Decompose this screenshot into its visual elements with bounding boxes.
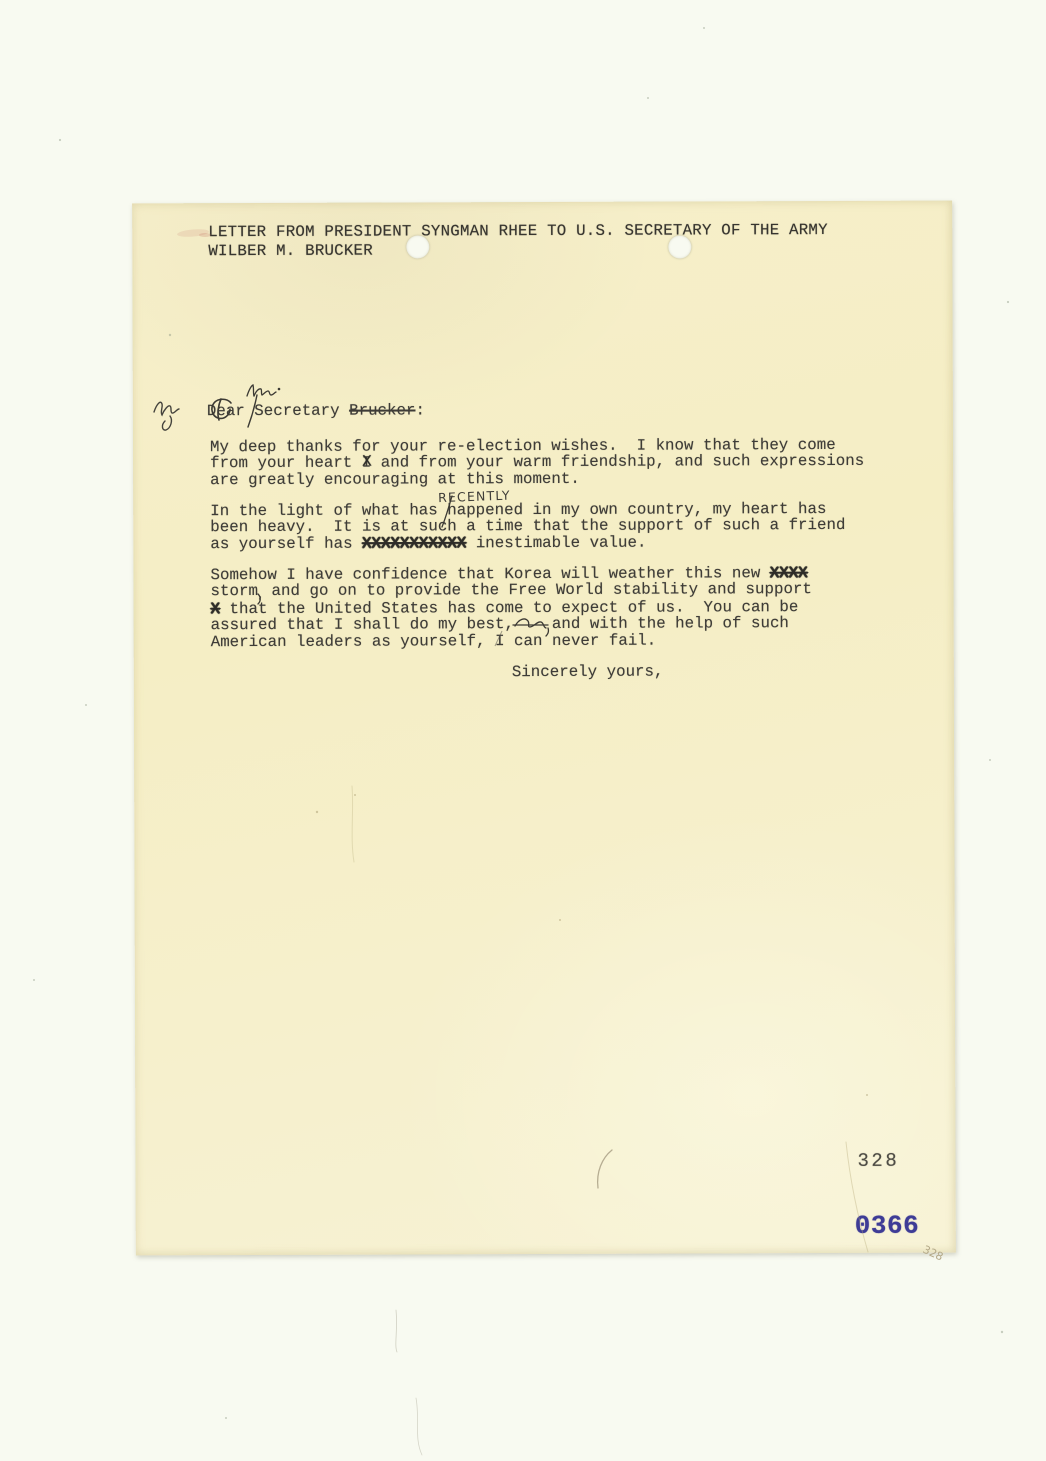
typed-text: and from your warm friendship, and such …: [371, 452, 864, 472]
salutation: Dear Secretary Brucker:: [207, 402, 425, 419]
hole-punch-right: [668, 235, 691, 258]
paragraph-3: Somehow I have confidence that Korea wil…: [210, 565, 812, 650]
closing-line: Sincerely yours,: [512, 664, 664, 681]
stamped-document-number: 0366: [855, 1211, 920, 1241]
letter-paper: LETTER FROM PRESIDENT SYNGMAN RHEE TO U.…: [132, 201, 956, 1256]
typed-text: storm: [210, 582, 257, 600]
typed-text: are greatly encouraging at this moment.: [210, 470, 580, 489]
scanned-letter-page: { "document": { "title_line1": "LETTER F…: [0, 0, 1046, 1461]
typed-text-handc: ,: [258, 587, 262, 602]
typed-text-blot: XXXXXXXXXXX: [362, 534, 466, 552]
title-line-1: LETTER FROM PRESIDENT SYNGMAN RHEE TO U.…: [208, 221, 828, 242]
typed-text: as yourself has: [210, 534, 362, 553]
typed-line: Dear Secretary Brucker:: [207, 402, 425, 419]
typed-page-number: 328: [857, 1150, 899, 1172]
paragraph-1: My deep thanks for your re-election wish…: [210, 437, 864, 489]
typed-line: as yourself has XXXXXXXXXXX inestimable …: [210, 534, 845, 553]
typed-text: American leaders as yourself, I can neve…: [211, 631, 657, 651]
typed-line: American leaders as yourself, I can neve…: [211, 632, 812, 651]
typed-text: Dear Secretary: [207, 402, 349, 420]
typed-text: :: [415, 401, 425, 419]
title-line-2: WILBER M. BRUCKER: [208, 240, 828, 261]
typed-text-ovx: I: [362, 454, 372, 472]
typed-text-strike: Brucker: [349, 401, 415, 419]
paragraph-2: In the light of what has happened in my …: [210, 501, 845, 552]
closing-text: Sincerely yours,: [512, 664, 664, 681]
hole-punch-left: [406, 235, 429, 258]
typed-text: inestimable value.: [466, 533, 646, 552]
typed-line: are greatly encouraging at this moment.: [210, 470, 864, 489]
document-title: LETTER FROM PRESIDENT SYNGMAN RHEE TO U.…: [208, 221, 828, 260]
